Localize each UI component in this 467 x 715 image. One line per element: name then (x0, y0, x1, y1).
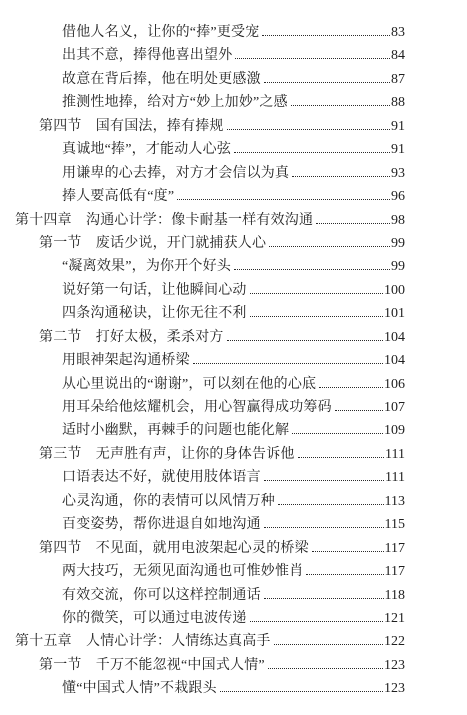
toc-entry-page: 101 (384, 302, 405, 325)
toc-entry-page: 83 (391, 21, 405, 44)
toc-entry-title: 用眼神架起沟通桥梁 (62, 349, 190, 372)
toc-entry-page: 87 (391, 68, 405, 91)
dot-leader (278, 504, 384, 505)
toc-entry: 第十四章 沟通心计学：像卡耐基一样有效沟通 98 (0, 209, 405, 232)
toc-entry-page: 117 (385, 537, 405, 560)
toc-entry-title: 第二节 打好太极，柔杀对方 (39, 326, 224, 349)
toc-entry-title: 用谦卑的心去捧，对方才会信以为真 (62, 162, 289, 185)
toc-entry: “凝离效果”，为你开个好头 99 (0, 255, 405, 278)
toc-entry: 第十五章 人情心计学：人情练达真高手 122 (0, 630, 405, 653)
toc-entry: 懂“中国式人情”不栽跟头 123 (0, 677, 405, 700)
book-toc-page: 借他人名义，让你的“捧”更受宠 83 出其不意，捧得他喜出望外 84 故意在背后… (0, 0, 467, 715)
dot-leader (264, 527, 384, 528)
toc-entry-page: 91 (391, 115, 405, 138)
toc-entry-page: 122 (384, 630, 405, 653)
toc-entry-page: 104 (384, 326, 405, 349)
toc-entry-title: 有效交流，你可以这样控制通话 (62, 584, 261, 607)
toc-entry: 用耳朵给他炫耀机会，用心智赢得成功筹码 107 (0, 396, 405, 419)
dot-leader (234, 269, 390, 270)
toc-entry-page: 118 (385, 584, 405, 607)
toc-entry-title: 第四节 不见面，就用电波架起心灵的桥梁 (39, 537, 309, 560)
toc-entry-title: 故意在背后捧，他在明处更感激 (62, 68, 261, 91)
toc-entry: 百变姿势，帮你进退自如地沟通 115 (0, 513, 405, 536)
toc-entry-title: 第一节 废话少说，开门就捕获人心 (39, 232, 266, 255)
toc-entry-page: 123 (384, 677, 405, 700)
toc-entry-page: 123 (384, 654, 405, 677)
toc-entry-page: 100 (384, 279, 405, 302)
dot-leader (274, 644, 383, 645)
toc-entry: 真诚地“捧”，才能动人心弦 91 (0, 138, 405, 161)
toc-entry-title: 第十五章 人情心计学：人情练达真高手 (15, 630, 271, 653)
dot-leader (262, 35, 390, 36)
toc-entry-page: 93 (391, 162, 405, 185)
dot-leader (264, 598, 384, 599)
dot-leader (264, 82, 390, 83)
toc-entry: 第四节 不见面，就用电波架起心灵的桥梁 117 (0, 537, 405, 560)
dot-leader (250, 293, 383, 294)
toc-entry-title: 第三节 无声胜有声，让你的身体告诉他 (39, 443, 295, 466)
toc-entry-title: 第十四章 沟通心计学：像卡耐基一样有效沟通 (15, 209, 313, 232)
toc-entry-page: 121 (384, 607, 405, 630)
dot-leader (298, 457, 384, 458)
toc-entry: 从心里说出的“谢谢”，可以刻在他的心底 106 (0, 373, 405, 396)
toc-entry-title: 借他人名义，让你的“捧”更受宠 (62, 21, 259, 44)
toc-entry: 两大技巧，无须见面沟通也可惟妙惟肖 117 (0, 560, 405, 583)
toc-entry-title: 出其不意，捧得他喜出望外 (62, 44, 232, 67)
toc-entry: 借他人名义，让你的“捧”更受宠 83 (0, 21, 405, 44)
toc-entry-title: 第四节 国有国法，捧有捧规 (39, 115, 224, 138)
toc-list: 借他人名义，让你的“捧”更受宠 83 出其不意，捧得他喜出望外 84 故意在背后… (0, 0, 467, 701)
toc-entry-page: 109 (384, 419, 405, 442)
toc-entry-page: 111 (385, 443, 405, 466)
toc-entry: 第一节 废话少说，开门就捕获人心 99 (0, 232, 405, 255)
dot-leader (250, 621, 383, 622)
toc-entry-page: 84 (391, 44, 405, 67)
toc-entry-title: 四条沟通秘诀，让你无往不利 (62, 302, 247, 325)
toc-entry: 出其不意，捧得他喜出望外 84 (0, 44, 405, 67)
toc-entry-page: 113 (385, 490, 405, 513)
toc-entry: 你的微笑，可以通过电波传递 121 (0, 607, 405, 630)
toc-entry: 用谦卑的心去捧，对方才会信以为真 93 (0, 162, 405, 185)
dot-leader (234, 152, 390, 153)
toc-entry: 推测性地捧，给对方“妙上加妙”之感 88 (0, 91, 405, 114)
toc-entry-title: 适时小幽默，再棘手的问题也能化解 (62, 419, 289, 442)
dot-leader (235, 58, 390, 59)
toc-entry-page: 98 (391, 209, 405, 232)
dot-leader (264, 480, 384, 481)
toc-entry-page: 111 (385, 466, 405, 489)
dot-leader (177, 199, 390, 200)
toc-entry-title: 百变姿势，帮你进退自如地沟通 (62, 513, 261, 536)
toc-entry-title: 用耳朵给他炫耀机会，用心智赢得成功筹码 (62, 396, 332, 419)
toc-entry-page: 104 (384, 349, 405, 372)
toc-entry-page: 99 (391, 232, 405, 255)
dot-leader (306, 574, 383, 575)
toc-entry-title: 两大技巧，无须见面沟通也可惟妙惟肖 (62, 560, 303, 583)
toc-entry: 有效交流，你可以这样控制通话 118 (0, 584, 405, 607)
dot-leader (312, 551, 384, 552)
toc-entry: 捧人要高低有“度” 96 (0, 185, 405, 208)
dot-leader (316, 223, 390, 224)
toc-entry: 第一节 千万不能忽视“中国式人情” 123 (0, 654, 405, 677)
toc-entry-title: 从心里说出的“谢谢”，可以刻在他的心底 (62, 373, 316, 396)
toc-entry-title: 懂“中国式人情”不栽跟头 (62, 677, 217, 700)
toc-entry: 第二节 打好太极，柔杀对方 104 (0, 326, 405, 349)
toc-entry: 心灵沟通，你的表情可以风情万种 113 (0, 490, 405, 513)
toc-entry-page: 91 (391, 138, 405, 161)
toc-entry-title: 推测性地捧，给对方“妙上加妙”之感 (62, 91, 288, 114)
toc-entry-title: 你的微笑，可以通过电波传递 (62, 607, 247, 630)
toc-entry: 四条沟通秘诀，让你无往不利 101 (0, 302, 405, 325)
toc-entry: 第四节 国有国法，捧有捧规 91 (0, 115, 405, 138)
toc-entry-title: 口语表达不好，就使用肢体语言 (62, 466, 261, 489)
dot-leader (227, 340, 383, 341)
toc-entry-title: “凝离效果”，为你开个好头 (62, 255, 231, 278)
dot-leader (250, 316, 383, 317)
toc-entry-title: 捧人要高低有“度” (62, 185, 174, 208)
toc-entry-title: 说好第一句话，让他瞬间心动 (62, 279, 247, 302)
dot-leader (319, 387, 383, 388)
toc-entry: 适时小幽默，再棘手的问题也能化解 109 (0, 419, 405, 442)
dot-leader (227, 129, 390, 130)
toc-entry: 口语表达不好，就使用肢体语言 111 (0, 466, 405, 489)
dot-leader (220, 691, 383, 692)
toc-entry: 说好第一句话，让他瞬间心动 100 (0, 279, 405, 302)
toc-entry-page: 115 (385, 513, 405, 536)
dot-leader (292, 176, 390, 177)
toc-entry: 用眼神架起沟通桥梁 104 (0, 349, 405, 372)
dot-leader (269, 246, 390, 247)
toc-entry-page: 99 (391, 255, 405, 278)
toc-entry-title: 心灵沟通，你的表情可以风情万种 (62, 490, 275, 513)
toc-entry-page: 96 (391, 185, 405, 208)
toc-entry-page: 88 (391, 91, 405, 114)
dot-leader (291, 105, 390, 106)
toc-entry: 第三节 无声胜有声，让你的身体告诉他 111 (0, 443, 405, 466)
dot-leader (335, 410, 383, 411)
dot-leader (268, 668, 383, 669)
toc-entry-page: 107 (384, 396, 405, 419)
toc-entry: 故意在背后捧，他在明处更感激 87 (0, 68, 405, 91)
toc-entry-title: 第一节 千万不能忽视“中国式人情” (39, 654, 265, 677)
toc-entry-page: 117 (385, 560, 405, 583)
toc-entry-page: 106 (384, 373, 405, 396)
toc-entry-title: 真诚地“捧”，才能动人心弦 (62, 138, 231, 161)
dot-leader (292, 433, 383, 434)
dot-leader (193, 363, 383, 364)
